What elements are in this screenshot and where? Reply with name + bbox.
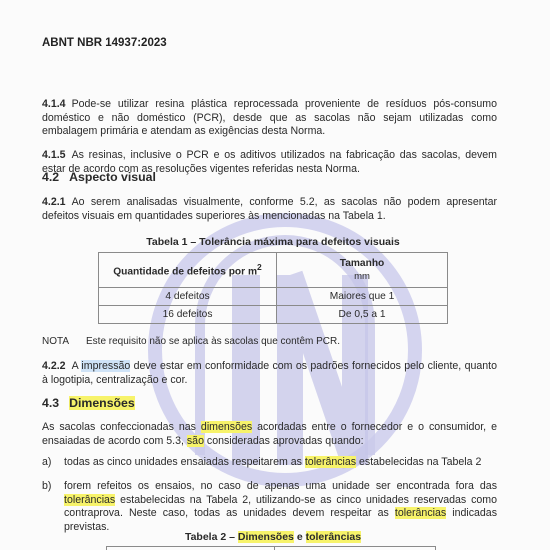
- heading-number: 4.3: [42, 396, 59, 410]
- table-2-column-divider: [274, 546, 275, 550]
- section-text: Ao serem analisadas visualmente, conform…: [42, 196, 497, 222]
- list-marker: a): [42, 456, 51, 470]
- list-item-b: b) forem refeitos os ensaios, no caso de…: [42, 480, 497, 534]
- section-4-3-body: As sacolas confeccionadas nas dimensões …: [42, 421, 497, 448]
- table-1: Quantidade de defeitos por m2 Tamanhomm …: [98, 252, 448, 324]
- table-cell: 16 defeitos: [99, 306, 277, 324]
- table-cell: De 0,5 a 1: [277, 306, 448, 324]
- table-2-caption: Tabela 2 – Dimensões e tolerâncias: [98, 531, 448, 543]
- section-heading-4-3: 4.3Dimensões: [42, 396, 135, 410]
- table-row: 16 defeitos De 0,5 a 1: [99, 306, 448, 324]
- caption-text: e: [294, 531, 306, 543]
- table-2-top-edge: [106, 546, 436, 550]
- section-number: 4.2.1: [42, 196, 66, 208]
- list-text: todas as cinco unidades ensaiadas respei…: [64, 456, 305, 468]
- section-4-1-4: 4.1.4Pode-se utilizar resina plástica re…: [42, 98, 497, 139]
- table-header-cell: Tamanhomm: [277, 253, 448, 288]
- document-code: ABNT NBR 14937:2023: [42, 37, 167, 49]
- body-text: consideradas aprovadas quando:: [204, 435, 364, 447]
- note-label: NOTA: [42, 336, 86, 347]
- section-number: 4.1.5: [42, 149, 66, 161]
- section-number: 4.1.4: [42, 98, 66, 110]
- selected-text[interactable]: impressão: [81, 360, 130, 372]
- highlighted-text: tolerâncias: [306, 531, 361, 543]
- list-marker: b): [42, 480, 51, 494]
- highlighted-text: são: [187, 435, 204, 447]
- table-header-row: Quantidade de defeitos por m2 Tamanhomm: [99, 253, 448, 288]
- list-text: estabelecidas na Tabela 2: [356, 456, 481, 468]
- highlighted-text: tolerâncias: [305, 456, 356, 468]
- highlighted-text: dimensões: [201, 421, 252, 433]
- caption-text: Tabela 2 –: [185, 531, 238, 543]
- note-text: Este requisito não se aplica às sacolas …: [86, 336, 340, 347]
- header-unit: mm: [277, 271, 447, 282]
- table-row: 4 defeitos Maiores que 1: [99, 288, 448, 306]
- highlighted-heading-title: Dimensões: [69, 396, 135, 410]
- table-cell: Maiores que 1: [277, 288, 448, 306]
- document-page: ABNT NBR 14937:2023 4.1.4Pode-se utiliza…: [0, 0, 550, 550]
- header-label: Quantidade de defeitos por m: [113, 267, 257, 278]
- highlighted-text: tolerâncias: [64, 494, 115, 506]
- section-text: Pode-se utilizar resina plástica reproce…: [42, 98, 497, 137]
- heading-title: Aspecto visual: [69, 170, 156, 184]
- section-4-2-2: 4.2.2A impressão deve estar em conformid…: [42, 360, 497, 387]
- section-4-2-1: 4.2.1Ao serem analisadas visualmente, co…: [42, 196, 497, 223]
- body-text: As sacolas confeccionadas nas: [42, 421, 201, 433]
- section-number: 4.2.2: [42, 360, 66, 372]
- table-cell: 4 defeitos: [99, 288, 277, 306]
- heading-number: 4.2: [42, 170, 59, 184]
- highlighted-text: Dimensões: [238, 531, 294, 543]
- list-text: forem refeitos os ensaios, no caso de ap…: [64, 480, 497, 492]
- note: NOTAEste requisito não se aplica às saco…: [42, 336, 340, 347]
- list-item-a: a) todas as cinco unidades ensaiadas res…: [42, 456, 497, 470]
- header-label: Tamanho: [340, 258, 385, 269]
- table-header-cell: Quantidade de defeitos por m2: [99, 253, 277, 288]
- highlighted-text: tolerâncias: [395, 507, 446, 519]
- section-heading-4-2: 4.2Aspecto visual: [42, 170, 156, 184]
- table-1-caption: Tabela 1 – Tolerância máxima para defeit…: [98, 236, 448, 248]
- section-text: A: [72, 360, 82, 372]
- header-superscript: 2: [257, 262, 262, 272]
